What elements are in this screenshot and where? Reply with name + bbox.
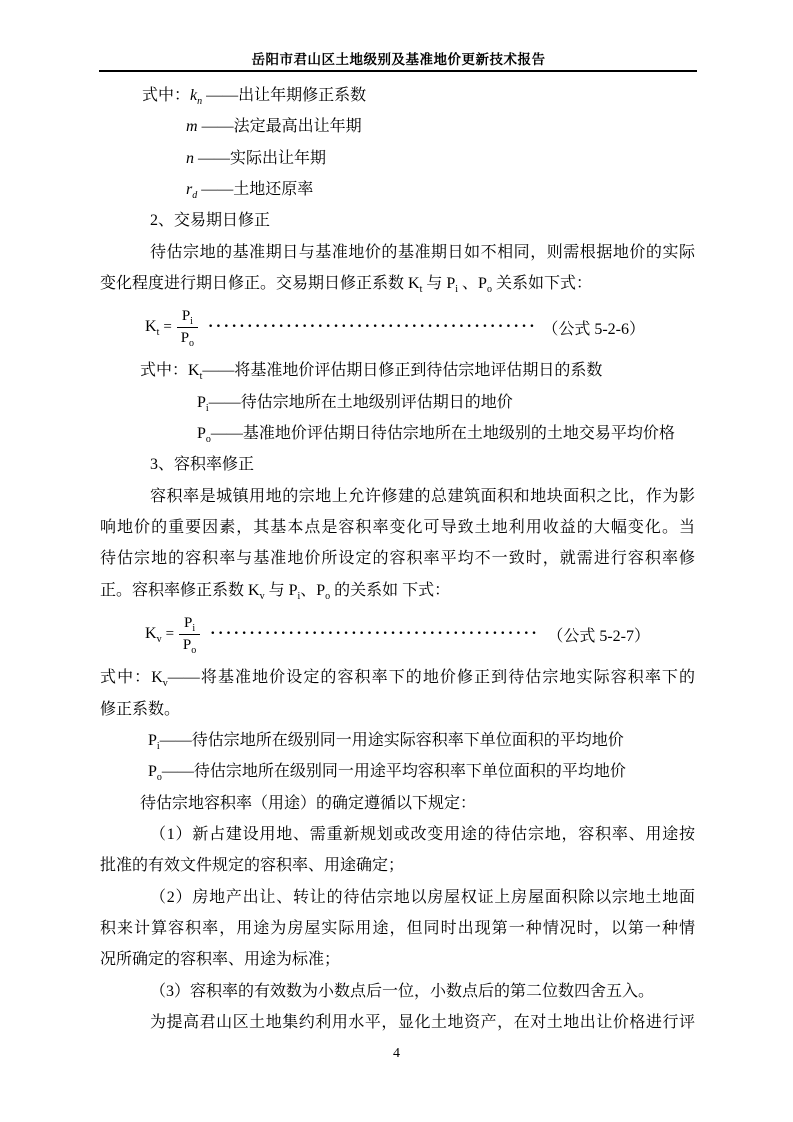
text-segment: 待估宗地的基准期日与基准地价的基准期日如不相同，则需根据地价的实际 — [150, 244, 695, 261]
text-segment: ——法定最高出让年期 — [198, 118, 362, 135]
text-segment: 关系如下式： — [492, 275, 592, 292]
formula-label: （公式 5-2-7） — [547, 623, 650, 646]
fraction: PiPo — [179, 615, 200, 654]
formula-label: （公式 5-2-6） — [542, 316, 645, 339]
document-body: 式中：kn ——出让年期修正系数m ——法定最高出让年期n ——实际出让年期rd… — [100, 80, 695, 1038]
fraction-numerator: Pi — [177, 308, 198, 328]
subscript: o — [191, 645, 196, 656]
text-segment: ——待估宗地所在级别同一用途实际容积率下单位面积的平均地价 — [160, 732, 624, 749]
text-segment: 式中：K — [140, 362, 200, 379]
formula-lhs: Kv — [145, 625, 162, 643]
subscript: i — [192, 623, 195, 634]
dot-leader: ········································… — [208, 318, 534, 336]
text-segment: ——待估宗地所在级别同一用途平均容积率下单位面积的平均地价 — [162, 763, 626, 780]
line-po-definition: Po——基准地价评估期日待估宗地所在土地级别的土地交易平均价格 — [197, 418, 695, 449]
text-segment: ——土地还原率 — [197, 181, 313, 198]
heading-section-2: 2、交易期日修正 — [150, 205, 695, 236]
formula-5-2-7: Kv=PiPo·································… — [145, 606, 650, 662]
text-segment: P — [148, 763, 157, 780]
line-term-m: m ——法定最高出让年期 — [186, 111, 695, 142]
subscript: t — [157, 328, 160, 339]
text-segment: ——将基准地价评估期日修正到待估宗地评估期日的系数 — [202, 362, 602, 379]
text-segment: 批准的有效文件规定的容积率、用途确定； — [100, 857, 404, 874]
formula-lhs: Kt — [145, 318, 159, 336]
formula-5-2-6: Kt=PiPo·································… — [145, 299, 645, 355]
text-segment: 2、交易期日修正 — [150, 212, 270, 229]
text-segment: 式中：K — [100, 669, 163, 686]
text-segment: 与 P — [265, 582, 298, 599]
text-segment: P — [197, 394, 206, 411]
text-segment: 的关系如 下式： — [330, 582, 450, 599]
text-segment: （1）新占建设用地、需重新规划或改变用途的待估宗地，容积率、用途按 — [150, 826, 695, 843]
line-kt-definition: 式中：Kt——将基准地价评估期日修正到待估宗地评估期日的系数 — [140, 355, 695, 386]
text-segment: 响地价的重要因素，其基本点是容积率变化可导致土地利用收益的大幅变化。当 — [100, 519, 695, 536]
para-line: 为提高君山区土地集约利用水平，显化土地资产，在对土地出让价格进行评 — [150, 1007, 695, 1038]
para-line: 容积率是城镇用地的宗地上允许修建的总建筑面积和地块面积之比，作为影 — [150, 481, 695, 512]
document-page: 岳阳市君山区土地级别及基准地价更新技术报告 式中：kn ——出让年期修正系数m … — [0, 0, 793, 1122]
dot-leader: ········································… — [210, 625, 539, 643]
header-rule — [99, 70, 697, 72]
line-pi-definition-2: Pi——待估宗地所在级别同一用途实际容积率下单位面积的平均地价 — [148, 725, 695, 756]
subscript: v — [157, 634, 162, 645]
text-segment: 容积率是城镇用地的宗地上允许修建的总建筑面积和地块面积之比，作为影 — [150, 488, 695, 505]
text-segment: ——基准地价评估期日待估宗地所在土地级别的土地交易平均价格 — [211, 425, 675, 442]
text-segment: 与 P — [422, 275, 455, 292]
text-segment: （2）房地产出让、转让的待估宗地以房屋权证上房屋面积除以宗地土地面 — [150, 889, 695, 906]
equals-sign: = — [166, 626, 174, 643]
line-term-n: n ——实际出让年期 — [186, 143, 695, 174]
line-term-rd: rd ——土地还原率 — [186, 174, 695, 205]
para-line: 变化程度进行期日修正。交易期日修正系数 Kt 与 Pi 、Po 关系如下式： — [100, 268, 695, 299]
text-segment: ——待估宗地所在土地级别评估期日的地价 — [209, 394, 513, 411]
text-segment: 为提高君山区土地集约利用水平，显化土地资产，在对土地出让价格进行评 — [150, 1014, 695, 1031]
para-line: 修正系数。 — [100, 694, 695, 725]
text-segment: 待估宗地的容积率与基准地价所设定的容积率平均不一致时，就需进行容积率修 — [100, 550, 695, 567]
para-line: 响地价的重要因素，其基本点是容积率变化可导致土地利用收益的大幅变化。当 — [100, 512, 695, 543]
subscript: i — [190, 316, 193, 327]
para-line: 批准的有效文件规定的容积率、用途确定； — [100, 850, 695, 881]
text-segment: 正。容积率修正系数 K — [100, 582, 260, 599]
para-line: 待估宗地的基准期日与基准地价的基准期日如不相同，则需根据地价的实际 — [150, 237, 695, 268]
list-item-1: （1）新占建设用地、需重新规划或改变用途的待估宗地，容积率、用途按 — [150, 819, 695, 850]
text-segment: 、P — [458, 275, 487, 292]
text-segment: 况所确定的容积率、用途为标准； — [100, 951, 340, 968]
text-segment: P — [148, 732, 157, 749]
para-line: 积来计算容积率，用途为房屋实际用途，但同时出现第一种情况时，以第一种情 — [100, 913, 695, 944]
line-formula-terms-intro: 式中：kn ——出让年期修正系数 — [142, 80, 695, 111]
list-item-3: （3）容积率的有效数为小数点后一位，小数点后的第二位数四舍五入。 — [150, 976, 695, 1007]
text-segment: m — [186, 118, 198, 135]
fraction-denominator: Po — [183, 635, 196, 654]
fraction-denominator: Po — [181, 328, 194, 347]
text-segment: n — [186, 150, 194, 167]
running-header-title: 岳阳市君山区土地级别及基准地价更新技术报告 — [100, 48, 697, 68]
text-segment: 积来计算容积率，用途为房屋实际用途，但同时出现第一种情况时，以第一种情 — [100, 920, 695, 937]
para-line: 待估宗地的容积率与基准地价所设定的容积率平均不一致时，就需进行容积率修 — [100, 543, 695, 574]
text-segment: P — [197, 425, 206, 442]
text-segment: ——实际出让年期 — [194, 150, 326, 167]
fraction-numerator: Pi — [179, 615, 200, 635]
line-po-definition-2: Po——待估宗地所在级别同一用途平均容积率下单位面积的平均地价 — [148, 756, 695, 787]
subscript: o — [189, 338, 194, 349]
text-segment: ——将基准地价设定的容积率下的地价修正到待估宗地实际容积率下的 — [168, 669, 695, 686]
para-line: 况所确定的容积率、用途为标准； — [100, 944, 695, 975]
para-line: 正。容积率修正系数 Kv 与 Pi、Po 的关系如 下式： — [100, 575, 695, 606]
equals-sign: = — [163, 319, 171, 336]
text-segment: 式中： — [142, 87, 190, 104]
fraction: PiPo — [177, 308, 198, 347]
line-kv-definition: 式中：Kv——将基准地价设定的容积率下的地价修正到待估宗地实际容积率下的 — [100, 662, 695, 693]
text-segment: 、P — [300, 582, 325, 599]
list-item-2: （2）房地产出让、转让的待估宗地以房屋权证上房屋面积除以宗地土地面 — [150, 882, 695, 913]
text-segment: ——出让年期修正系数 — [202, 87, 366, 104]
text-segment: 修正系数。 — [100, 701, 180, 718]
text-segment: 变化程度进行期日修正。交易期日修正系数 K — [100, 275, 420, 292]
text-segment: 3、容积率修正 — [150, 456, 254, 473]
text-segment: 待估宗地容积率（用途）的确定遵循以下规定： — [140, 795, 476, 812]
line-pi-definition: Pi——待估宗地所在土地级别评估期日的地价 — [197, 387, 695, 418]
heading-section-3: 3、容积率修正 — [150, 449, 695, 480]
page-number: 4 — [0, 1046, 793, 1062]
para-line: 待估宗地容积率（用途）的确定遵循以下规定： — [140, 788, 695, 819]
text-segment: （3）容积率的有效数为小数点后一位，小数点后的第二位数四舍五入。 — [150, 983, 654, 1000]
